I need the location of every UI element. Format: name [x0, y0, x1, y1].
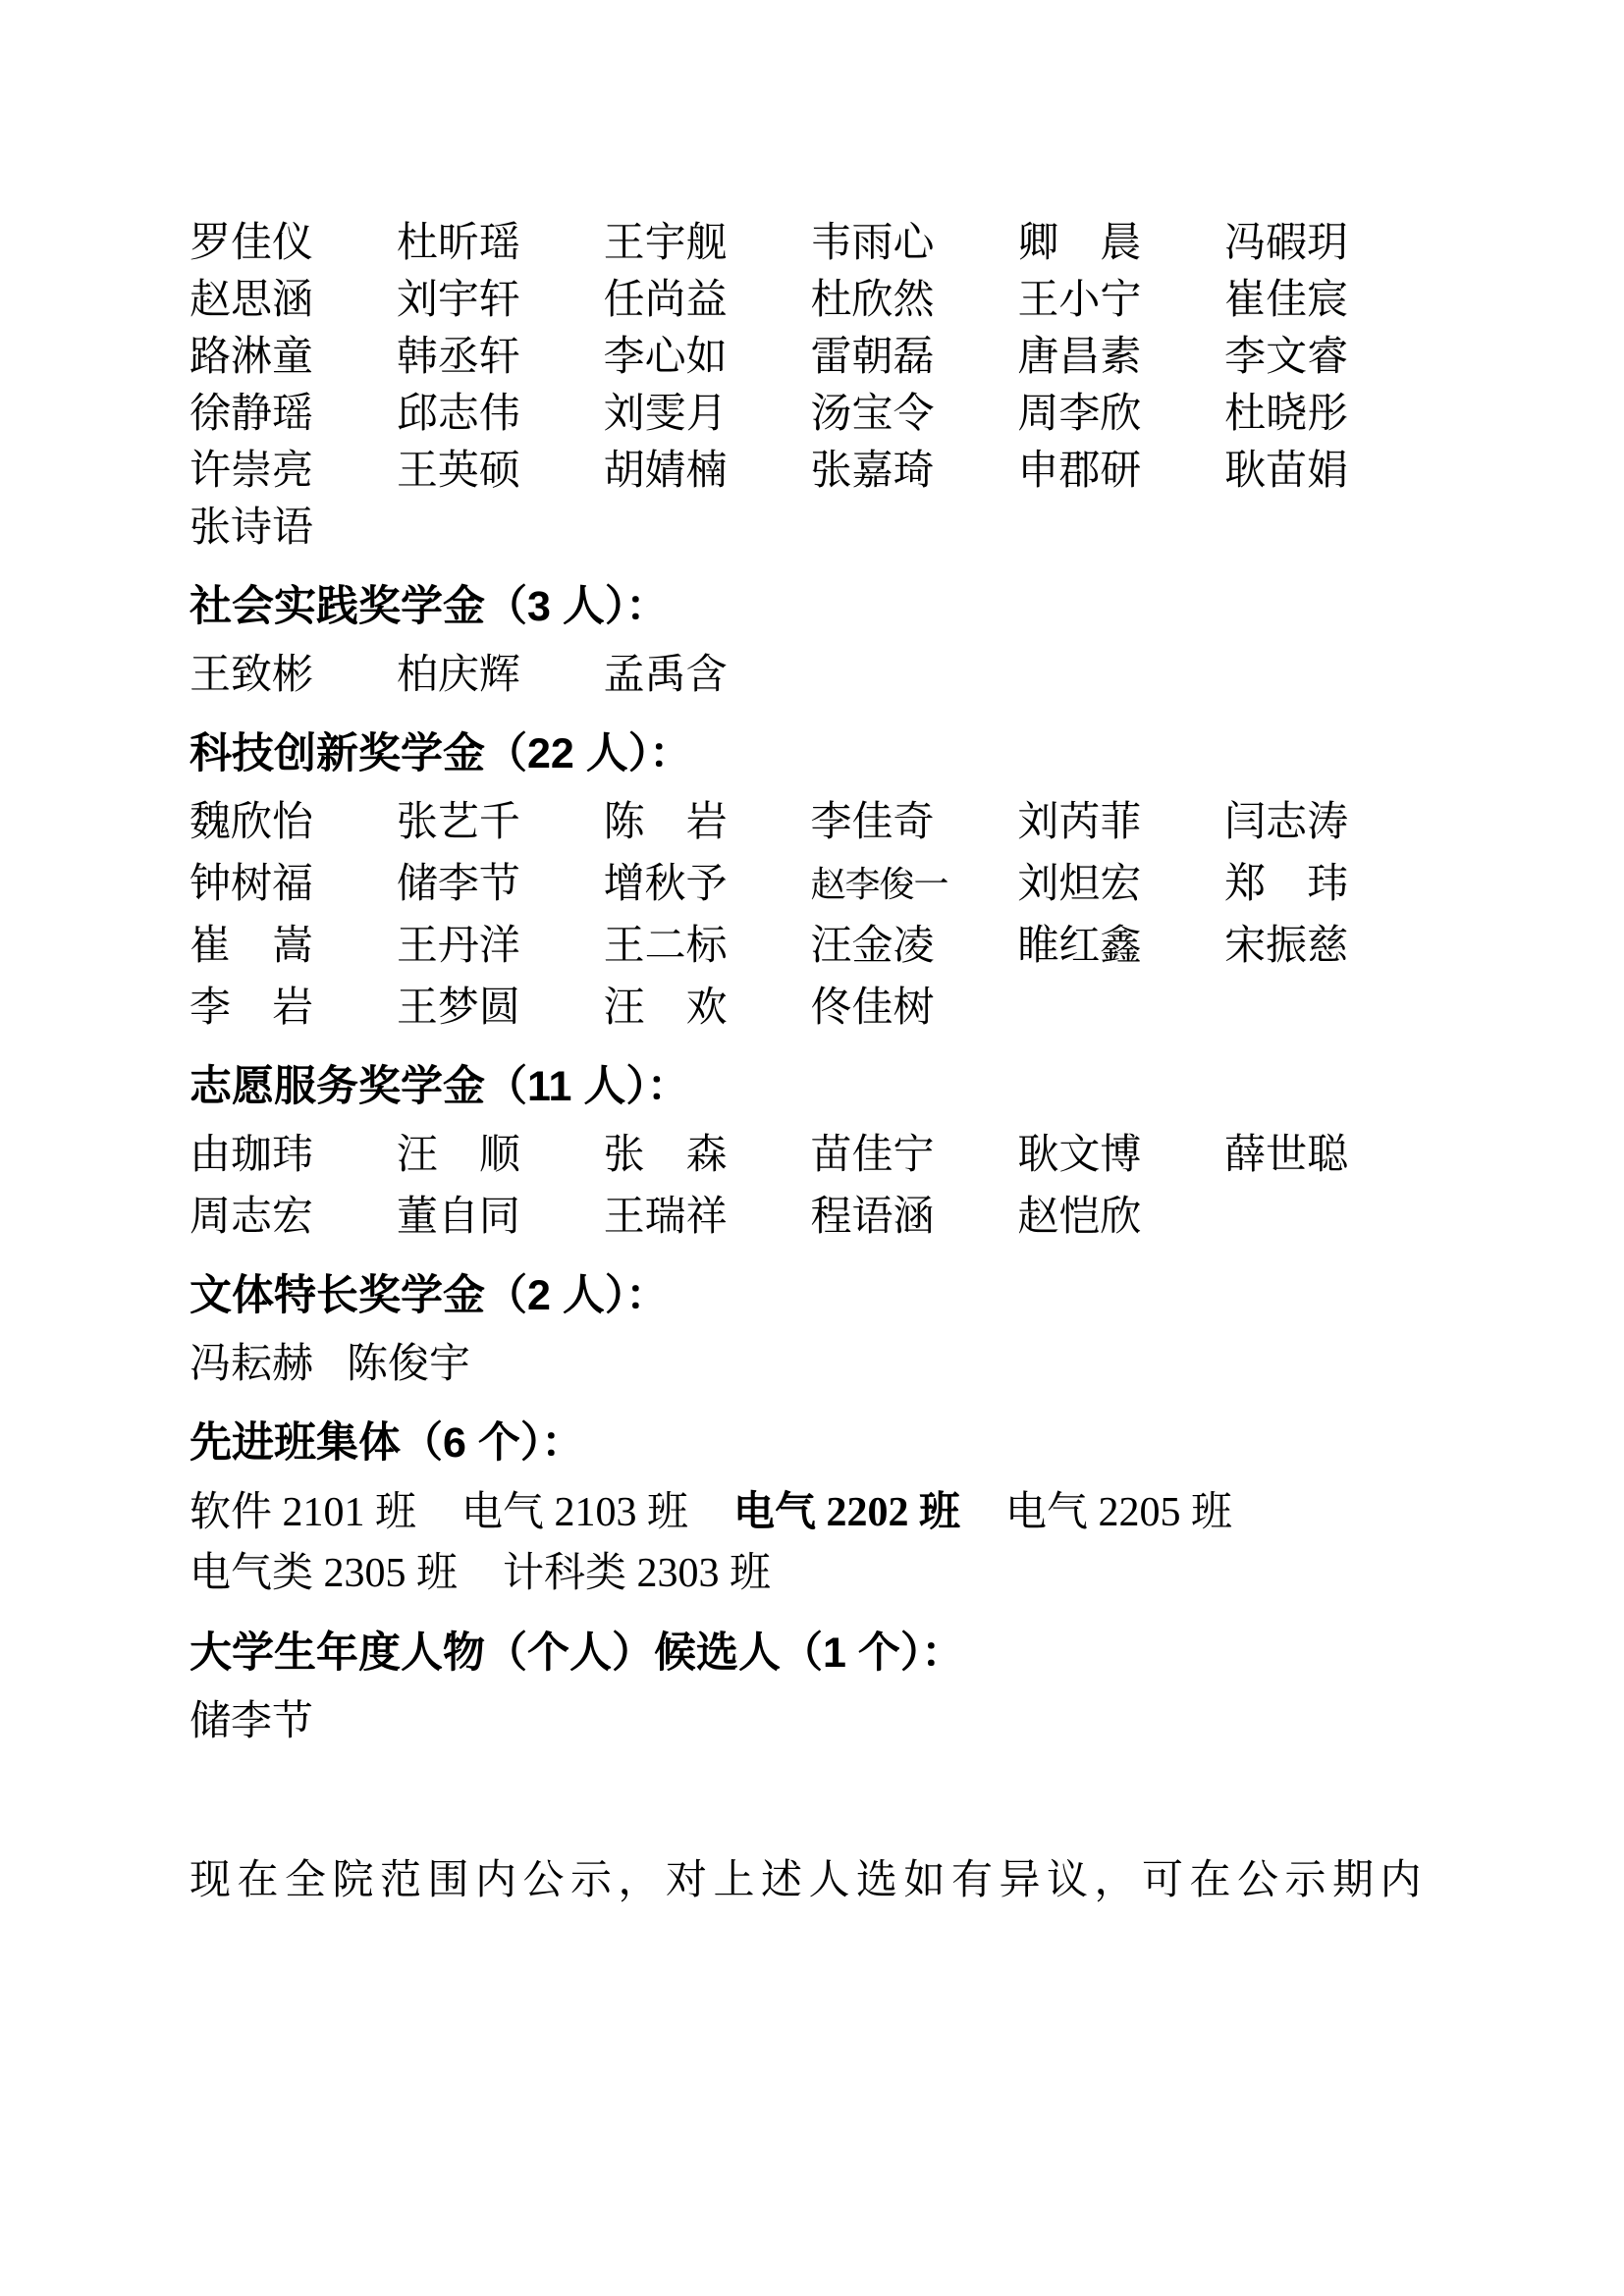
awardee-name: 张 森 — [604, 1133, 811, 1178]
awardee-name: 佟佳树 — [810, 986, 1017, 1031]
awardee-name: 张诗语 — [189, 506, 397, 551]
awardee-name: 增秋予 — [604, 862, 811, 907]
awardee-name: 程语涵 — [810, 1195, 1017, 1240]
name-row: 徐静瑶邱志伟刘雯月汤宝令周李欣杜晓彤 — [189, 392, 1432, 437]
name-row: 钟树福储李节增秋予赵李俊一刘炟宏郑 玮 — [189, 862, 1432, 907]
class-name: 电气 2103 班 — [461, 1489, 688, 1536]
awardee-name: 郑 玮 — [1224, 862, 1432, 907]
section-heading-sports-arts-scholarship: 文体特长奖学金（2 人）： — [189, 1271, 1432, 1320]
awardee-name: 由珈玮 — [189, 1133, 397, 1178]
document-page: 罗佳仪杜昕瑶王宇舰韦雨心卿 晨冯碬玥赵思涵刘宇轩任尚益杜欣然王小宁崔佳宸路淋童韩… — [0, 0, 1624, 2296]
awardee-name: 睢红鑫 — [1017, 924, 1224, 969]
section-heading-student-of-year-candidate: 大学生年度人物（个人）候选人（1 个）： — [189, 1629, 1432, 1678]
comprehensive-awardees: 罗佳仪杜昕瑶王宇舰韦雨心卿 晨冯碬玥赵思涵刘宇轩任尚益杜欣然王小宁崔佳宸路淋童韩… — [189, 221, 1432, 551]
awardee-name: 许崇亮 — [189, 449, 397, 494]
awardee-name: 张艺千 — [397, 800, 604, 845]
awardee-name: 汪 欢 — [604, 986, 811, 1031]
awardee-name: 苗佳宁 — [810, 1133, 1017, 1178]
awardee-name: 赵李俊一 — [810, 862, 1017, 907]
awardee-name: 王梦圆 — [397, 986, 604, 1031]
class-name: 计科类 2303 班 — [503, 1550, 771, 1597]
gap-before-notice — [189, 1758, 1432, 1844]
name-row: 罗佳仪杜昕瑶王宇舰韦雨心卿 晨冯碬玥 — [189, 221, 1432, 266]
awardee-name: 罗佳仪 — [189, 221, 397, 266]
awardee-name: 崔 嵩 — [189, 924, 397, 969]
class-name: 软件 2101 班 — [189, 1489, 416, 1536]
awardee-name: 杜昕瑶 — [397, 221, 604, 266]
awardee-name: 申郡研 — [1017, 449, 1224, 494]
sports-arts-awardees: 冯耘赫陈俊宇 — [189, 1342, 1432, 1387]
awardee-name: 杜晓彤 — [1224, 392, 1432, 437]
awardee-name: 刘雯月 — [604, 392, 811, 437]
awardee-name: 王英硕 — [397, 449, 604, 494]
awardee-name: 邱志伟 — [397, 392, 604, 437]
awardee-name: 汪 顺 — [397, 1133, 604, 1178]
name-row: 张诗语 — [189, 506, 1432, 551]
awardee-name: 钟树福 — [189, 862, 397, 907]
awardee-name: 董自同 — [397, 1195, 604, 1240]
name-row: 许崇亮王英硕胡婧楠张嘉琦申郡研耿苗娟 — [189, 449, 1432, 494]
awardee-name: 宋振慈 — [1224, 924, 1432, 969]
section-heading-advanced-classes: 先进班集体（6 个）： — [189, 1418, 1432, 1468]
awardee-name: 李 岩 — [189, 986, 397, 1031]
name-row: 赵思涵刘宇轩任尚益杜欣然王小宁崔佳宸 — [189, 278, 1432, 323]
class-name: 电气类 2305 班 — [189, 1550, 458, 1597]
awardee-name: 柏庆辉 — [397, 653, 604, 698]
awardee-name: 路淋童 — [189, 335, 397, 380]
awardee-name: 王瑞祥 — [604, 1195, 811, 1240]
awardee-name: 崔佳宸 — [1224, 278, 1432, 323]
section-heading-volunteer-service-scholarship: 志愿服务奖学金（11 人）： — [189, 1062, 1432, 1111]
awardee-name: 卿 晨 — [1017, 221, 1224, 266]
awardee-name: 赵思涵 — [189, 278, 397, 323]
awardee-name: 魏欣怡 — [189, 800, 397, 845]
awardee-name: 王宇舰 — [604, 221, 811, 266]
awardee-name: 王二标 — [604, 924, 811, 969]
name-row: 魏欣怡张艺千陈 岩李佳奇刘芮菲闫志涛 — [189, 800, 1432, 845]
awardee-name: 王致彬 — [189, 653, 397, 698]
awardee-name: 薛世聪 — [1224, 1133, 1432, 1178]
name-row: 崔 嵩王丹洋王二标汪金凌睢红鑫宋振慈 — [189, 924, 1432, 969]
awardee-name: 陈俊宇 — [347, 1342, 470, 1387]
awardee-name: 李心如 — [604, 335, 811, 380]
awardee-name: 闫志涛 — [1224, 800, 1432, 845]
awardee-name: 雷朝磊 — [810, 335, 1017, 380]
awardee-name: 韦雨心 — [810, 221, 1017, 266]
awardee-name: 储李节 — [189, 1699, 313, 1744]
section-heading-tech-innovation-scholarship: 科技创新奖学金（22 人）： — [189, 729, 1432, 778]
name-row: 王致彬柏庆辉孟禹含 — [189, 653, 1432, 698]
awardee-name: 孟禹含 — [604, 653, 811, 698]
awardee-name: 李佳奇 — [810, 800, 1017, 845]
awardee-name: 冯耘赫 — [189, 1342, 313, 1387]
social-practice-awardees: 王致彬柏庆辉孟禹含 — [189, 653, 1432, 698]
awardee-name: 耿文博 — [1017, 1133, 1224, 1178]
awardee-name: 韩丞轩 — [397, 335, 604, 380]
public-notice: 现在全院范围内公示，对上述人选如有异议，可在公示期内 — [189, 1856, 1432, 1905]
volunteer-service-awardees: 由珈玮汪 顺张 森苗佳宁耿文博薛世聪周志宏董自同王瑞祥程语涵赵恺欣 — [189, 1133, 1432, 1240]
name-row: 李 岩王梦圆汪 欢佟佳树 — [189, 986, 1432, 1031]
student-of-year-awardees: 储李节 — [189, 1699, 1432, 1744]
document-content: 罗佳仪杜昕瑶王宇舰韦雨心卿 晨冯碬玥赵思涵刘宇轩任尚益杜欣然王小宁崔佳宸路淋童韩… — [189, 221, 1432, 1905]
awardee-name: 汪金凌 — [810, 924, 1017, 969]
awardee-name: 王小宁 — [1017, 278, 1224, 323]
awardee-name: 刘炟宏 — [1017, 862, 1224, 907]
awardee-name: 周李欣 — [1017, 392, 1224, 437]
advanced-classes-line-2: 电气类 2305 班计科类 2303 班 — [189, 1550, 1432, 1597]
awardee-name: 徐静瑶 — [189, 392, 397, 437]
name-row: 周志宏董自同王瑞祥程语涵赵恺欣 — [189, 1195, 1432, 1240]
tech-innovation-awardees: 魏欣怡张艺千陈 岩李佳奇刘芮菲闫志涛钟树福储李节增秋予赵李俊一刘炟宏郑 玮崔 嵩… — [189, 800, 1432, 1031]
name-row: 由珈玮汪 顺张 森苗佳宁耿文博薛世聪 — [189, 1133, 1432, 1178]
awardee-name: 耿苗娟 — [1224, 449, 1432, 494]
section-heading-social-practice-scholarship: 社会实践奖学金（3 人）： — [189, 582, 1432, 631]
name-row: 路淋童韩丞轩李心如雷朝磊唐昌素李文睿 — [189, 335, 1432, 380]
awardee-name: 赵恺欣 — [1017, 1195, 1224, 1240]
awardee-name: 任尚益 — [604, 278, 811, 323]
awardee-name: 汤宝令 — [810, 392, 1017, 437]
awardee-name: 杜欣然 — [810, 278, 1017, 323]
awardee-name: 储李节 — [397, 862, 604, 907]
awardee-name: 李文睿 — [1224, 335, 1432, 380]
awardee-name: 刘芮菲 — [1017, 800, 1224, 845]
class-name: 电气 2202 班 — [733, 1489, 960, 1536]
awardee-name: 唐昌素 — [1017, 335, 1224, 380]
class-name: 电气 2205 班 — [1005, 1489, 1232, 1536]
awardee-name: 王丹洋 — [397, 924, 604, 969]
awardee-name: 刘宇轩 — [397, 278, 604, 323]
advanced-classes-line-1: 软件 2101 班电气 2103 班电气 2202 班电气 2205 班 — [189, 1489, 1432, 1536]
awardee-name: 陈 岩 — [604, 800, 811, 845]
awardee-name: 周志宏 — [189, 1195, 397, 1240]
awardee-name: 冯碬玥 — [1224, 221, 1432, 266]
awardee-name: 胡婧楠 — [604, 449, 811, 494]
awardee-name: 张嘉琦 — [810, 449, 1017, 494]
